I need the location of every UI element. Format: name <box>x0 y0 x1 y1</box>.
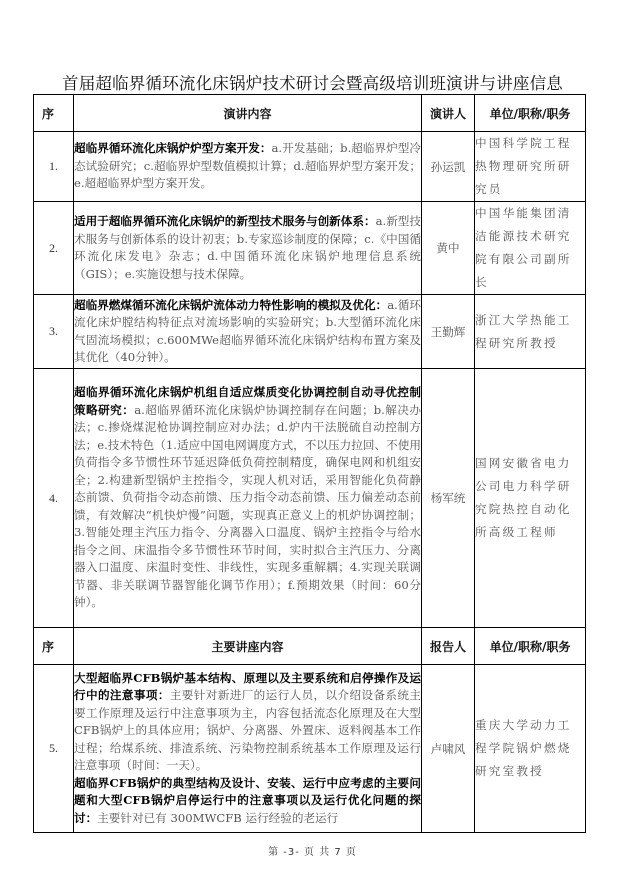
speaker-name: 黄中 <box>422 202 475 295</box>
table-row: 5. 大型超临界CFB锅炉基本结构、原理以及主要系统和启停操作及运行中的注意事项… <box>34 665 586 833</box>
header-content: 演讲内容 <box>74 95 422 132</box>
talk-topic: 超临界燃煤循环流化床锅炉流体动力特性影响的模拟及优化： <box>74 298 387 312</box>
header-no: 序 <box>34 95 74 132</box>
row-number: 5. <box>34 665 74 833</box>
speaker-org: 中国华能集团清洁能源技术研究院有限公司副所长 <box>475 202 586 295</box>
talk-detail: a.超临界循环流化床锅炉协调控制存在问题；b.解决办法；c.掺烧煤泥枪协调控制应… <box>74 403 421 610</box>
row-number: 4. <box>34 369 74 628</box>
speaker-name: 卢啸风 <box>422 665 475 833</box>
table-row: 2. 适用于超临界循环流化床锅炉的新型技术服务与创新体系：a.新型技术服务与创新… <box>34 202 586 295</box>
header-content: 主要讲座内容 <box>74 628 422 665</box>
speaker-name: 孙运凯 <box>422 132 475 202</box>
page-footer: 第 -3- 页 共 7 页 <box>0 843 625 858</box>
table-header-row: 序 演讲内容 演讲人 单位/职称/职务 <box>34 95 586 132</box>
row-number: 3. <box>34 295 74 369</box>
table-row: 3. 超临界燃煤循环流化床锅炉流体动力特性影响的模拟及优化：a.循环流化床炉膛结… <box>34 295 586 369</box>
speaker-name: 王勤辉 <box>422 295 475 369</box>
speaker-org: 中国科学院工程热物理研究所研究员 <box>475 132 586 202</box>
talk-topic: 适用于超临界循环流化床锅炉的新型技术服务与创新体系： <box>74 214 376 228</box>
table-row: 4. 超临界循环流化床锅炉机组自适应煤质变化协调控制自动寻优控制策略研究：a.超… <box>34 369 586 628</box>
talk-content: 超临界燃煤循环流化床锅炉流体动力特性影响的模拟及优化：a.循环流化床炉膛结构特征… <box>74 295 422 369</box>
header-org: 单位/职称/职务 <box>475 95 586 132</box>
header-no: 序 <box>34 628 74 665</box>
table-header-row-lectures: 序 主要讲座内容 报告人 单位/职称/职务 <box>34 628 586 665</box>
lecture-content: 大型超临界CFB锅炉基本结构、原理以及主要系统和启停操作及运行中的注意事项：主要… <box>74 665 422 833</box>
talk-content: 超临界循环流化床锅炉机组自适应煤质变化协调控制自动寻优控制策略研究：a.超临界循… <box>74 369 422 628</box>
speaker-org: 浙江大学热能工程研究所教授 <box>475 295 586 369</box>
header-speaker: 演讲人 <box>422 95 475 132</box>
talk-content: 超临界循环流化床锅炉炉型方案开发：a.开发基础；b.超临界炉型冷态试验研究；c.… <box>74 132 422 202</box>
row-number: 1. <box>34 132 74 202</box>
talk-content: 适用于超临界循环流化床锅炉的新型技术服务与创新体系：a.新型技术服务与创新体系的… <box>74 202 422 295</box>
table-row: 1. 超临界循环流化床锅炉炉型方案开发：a.开发基础；b.超临界炉型冷态试验研究… <box>34 132 586 202</box>
header-speaker: 报告人 <box>422 628 475 665</box>
document-title: 首届超临界循环流化床锅炉技术研讨会暨高级培训班演讲与讲座信息 <box>0 70 625 94</box>
speaker-org: 重庆大学动力工程学院锅炉燃烧研究室教授 <box>475 665 586 833</box>
lecture-detail-2: 主要针对已有 300MWCFB 运行经验的老运行 <box>97 811 338 825</box>
speaker-name: 杨军统 <box>422 369 475 628</box>
speaker-org: 国网安徽省电力公司电力科学研究院热控自动化所高级工程师 <box>475 369 586 628</box>
lecture-info-table: 序 演讲内容 演讲人 单位/职称/职务 1. 超临界循环流化床锅炉炉型方案开发：… <box>33 94 586 833</box>
header-org: 单位/职称/职务 <box>475 628 586 665</box>
row-number: 2. <box>34 202 74 295</box>
talk-topic: 超临界循环流化床锅炉炉型方案开发： <box>74 141 271 155</box>
